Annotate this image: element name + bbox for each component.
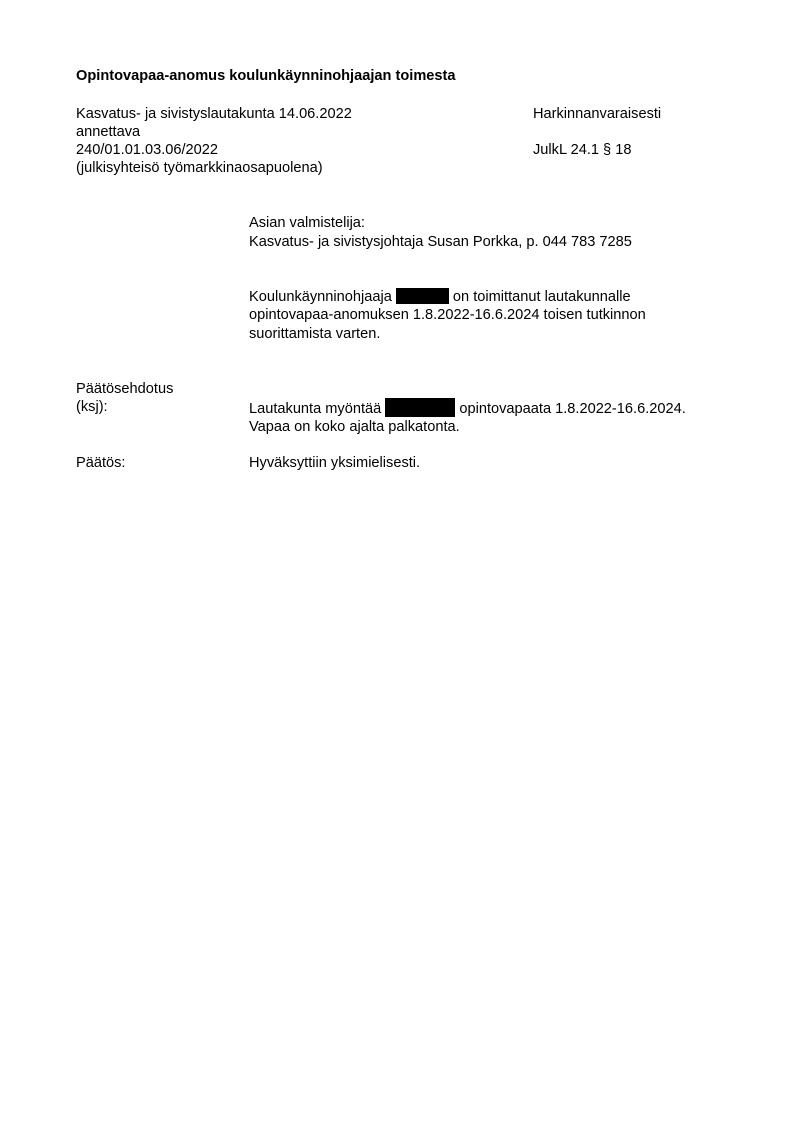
proposal-line-1-after: opintovapaata 1.8.2022-16.6.2024. bbox=[455, 401, 685, 417]
redacted-name bbox=[385, 398, 455, 417]
description-line-1-before: Koulunkäynninohjaaja bbox=[249, 289, 396, 305]
preparer-label: Asian valmistelija: bbox=[249, 214, 365, 232]
disclosure-status-cont: annettava bbox=[76, 123, 140, 141]
disclosure-status: Harkinnanvaraisesti bbox=[533, 105, 661, 123]
decision-label: Päätös: bbox=[76, 454, 126, 472]
proposal-line-1-before: Lautakunta myöntää bbox=[249, 401, 385, 417]
preparer-name: Kasvatus- ja sivistysjohtaja Susan Porkk… bbox=[249, 233, 632, 251]
redacted-name bbox=[396, 288, 449, 304]
proposal-label-abbr: (ksj): bbox=[76, 398, 108, 416]
proposal-label: Päätösehdotus bbox=[76, 380, 173, 398]
proposal-line-2: Vapaa on koko ajalta palkatonta. bbox=[249, 418, 460, 436]
law-reference: JulkL 24.1 § 18 bbox=[533, 141, 631, 159]
description-line-2: opintovapaa-anomuksen 1.8.2022-16.6.2024… bbox=[249, 306, 646, 324]
proposal-line-1: Lautakunta myöntää opintovapaata 1.8.202… bbox=[249, 398, 686, 418]
description-line-3: suorittamista varten. bbox=[249, 325, 380, 343]
record-number: 240/01.01.03.06/2022 bbox=[76, 141, 218, 159]
document-title: Opintovapaa-anomus koulunkäynninohjaajan… bbox=[76, 67, 456, 85]
decision-text: Hyväksyttiin yksimielisesti. bbox=[249, 454, 420, 472]
description-line-1: Koulunkäynninohjaaja on toimittanut laut… bbox=[249, 288, 631, 306]
board-and-date: Kasvatus- ja sivistyslautakunta 14.06.20… bbox=[76, 105, 352, 123]
description-line-1-after: on toimittanut lautakunnalle bbox=[449, 289, 631, 305]
party-role: (julkisyhteisö työmarkkinaosapuolena) bbox=[76, 159, 323, 177]
